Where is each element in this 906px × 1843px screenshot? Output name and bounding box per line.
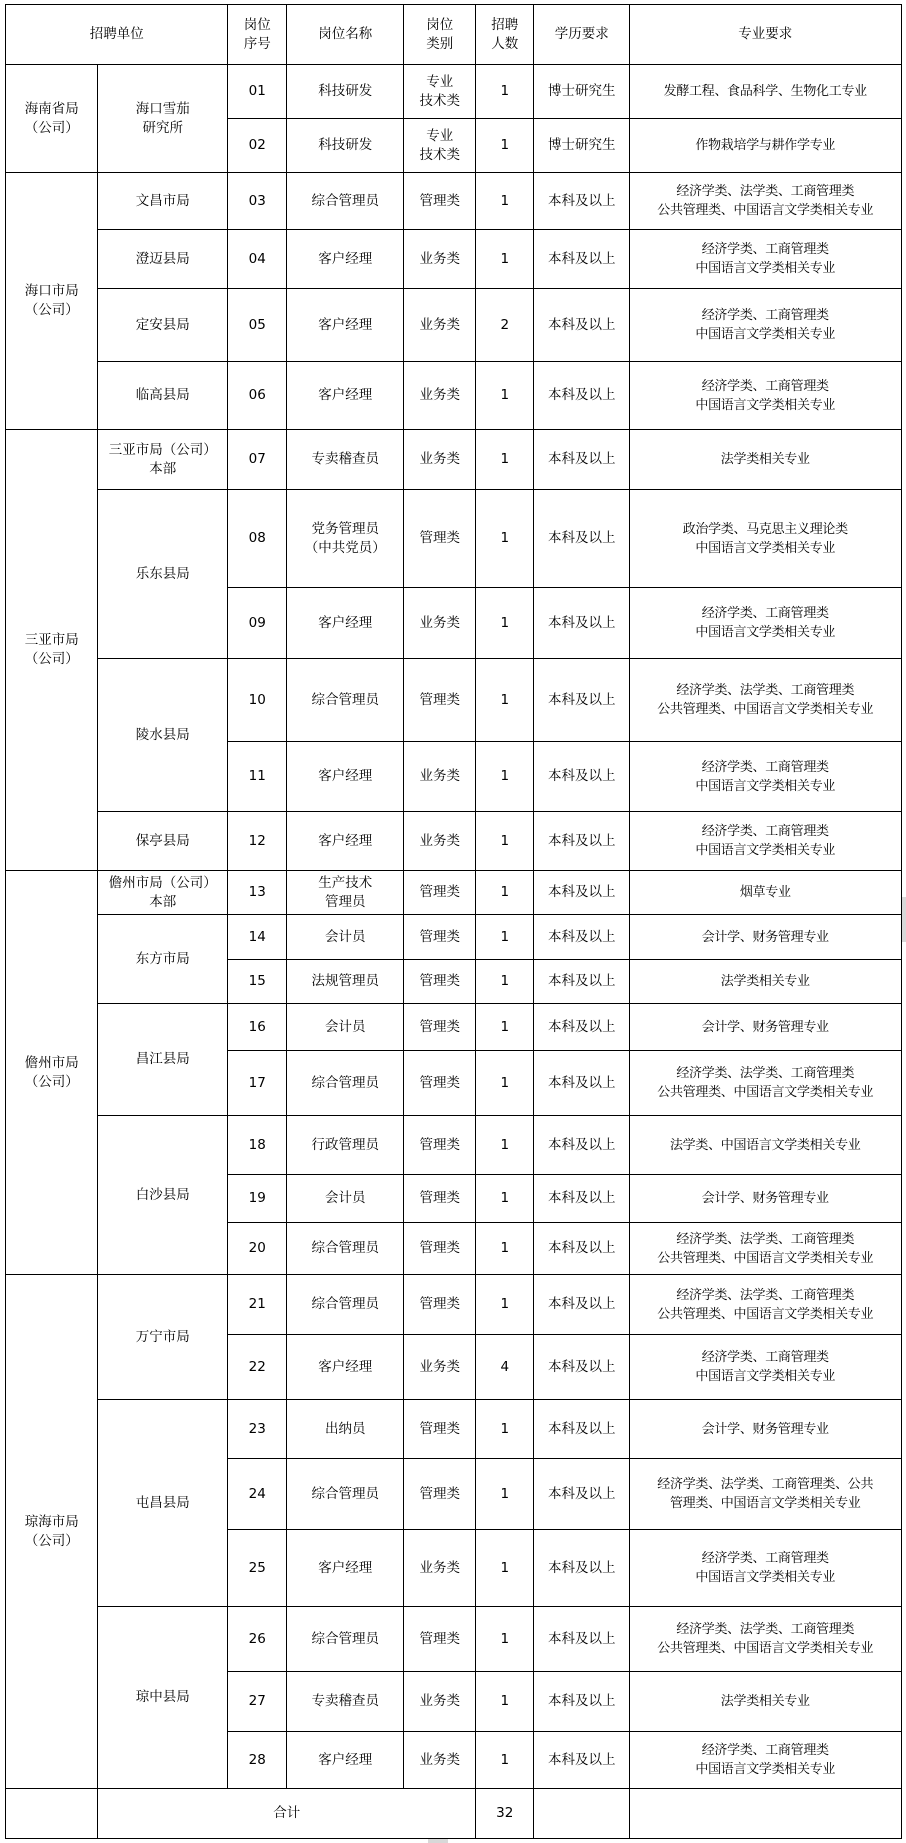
- education-requirement-text: 本科及以上: [548, 1295, 616, 1314]
- post-type: 管理类: [403, 658, 477, 743]
- education-requirement: 本科及以上: [533, 1174, 631, 1224]
- education-requirement-text: 本科及以上: [548, 1239, 616, 1258]
- post-type: 管理类: [403, 1174, 477, 1224]
- post-name: 出纳员: [286, 1399, 405, 1460]
- post-type-text: 业务类: [420, 316, 461, 335]
- post-name: 客户经理: [286, 1334, 405, 1401]
- unit-level1: 三亚市局 （公司）: [5, 429, 99, 872]
- post-count-text: 1: [500, 386, 509, 405]
- post-number-text: 18: [249, 1136, 266, 1155]
- post-type: 业务类: [403, 1731, 477, 1790]
- post-name-text: 生产技术 管理员: [318, 874, 372, 912]
- education-requirement-text: 本科及以上: [548, 883, 616, 902]
- post-count: 1: [475, 1115, 535, 1176]
- post-number-text: 13: [249, 883, 266, 902]
- unit-level2: 海口雪茄 研究所: [97, 64, 229, 174]
- education-requirement: 本科及以上: [533, 658, 631, 743]
- post-name-text: 会计员: [325, 1018, 366, 1037]
- post-type-text: 管理类: [420, 1295, 461, 1314]
- post-type-text: 管理类: [420, 1630, 461, 1649]
- unit-level2-text: 临高县局: [136, 386, 190, 405]
- post-number: 19: [227, 1174, 288, 1224]
- post-type-text: 管理类: [420, 883, 461, 902]
- header-post-no-text: 岗位 序号: [244, 16, 271, 54]
- major-requirement-text: 法学类相关专业: [721, 450, 810, 469]
- post-name: 专卖稽查员: [286, 429, 405, 491]
- education-requirement-text: 本科及以上: [548, 1074, 616, 1093]
- unit-level2-text: 陵水县局: [136, 726, 190, 745]
- major-requirement-text: 经济学类、法学类、工商管理类 公共管理类、中国语言文学类相关专业: [657, 1286, 873, 1324]
- education-requirement-text: 本科及以上: [548, 972, 616, 991]
- header-major-text: 专业要求: [738, 25, 792, 44]
- education-requirement: 本科及以上: [533, 172, 631, 231]
- education-requirement: 本科及以上: [533, 1399, 631, 1460]
- post-name-text: 综合管理员: [312, 1239, 380, 1258]
- education-requirement: 博士研究生: [533, 64, 631, 120]
- post-type: 管理类: [403, 1274, 477, 1336]
- post-count-text: 1: [500, 450, 509, 469]
- post-number-text: 17: [249, 1074, 266, 1093]
- major-requirement: 经济学类、工商管理类 中国语言文学类相关专业: [629, 1334, 902, 1401]
- unit-level1: 琼海市局 （公司）: [5, 1274, 99, 1790]
- post-count-text: 2: [500, 316, 509, 335]
- post-type-text: 管理类: [420, 529, 461, 548]
- post-name-text: 科技研发: [318, 82, 372, 101]
- unit-level2: 琼中县局: [97, 1606, 229, 1790]
- major-requirement: 经济学类、工商管理类 中国语言文学类相关专业: [629, 229, 902, 290]
- post-type: 业务类: [403, 1334, 477, 1401]
- education-requirement: 本科及以上: [533, 1529, 631, 1608]
- major-requirement: 经济学类、法学类、工商管理类 公共管理类、中国语言文学类相关专业: [629, 1222, 902, 1276]
- post-number: 22: [227, 1334, 288, 1401]
- post-type-text: 业务类: [420, 832, 461, 851]
- post-number-text: 10: [249, 691, 266, 710]
- post-type-text: 业务类: [420, 1692, 461, 1711]
- major-requirement-text: 经济学类、工商管理类 中国语言文学类相关专业: [695, 1741, 835, 1779]
- post-count: 1: [475, 658, 535, 743]
- major-requirement: 法学类相关专业: [629, 429, 902, 491]
- post-name: 会计员: [286, 1174, 405, 1224]
- post-count: 1: [475, 870, 535, 916]
- post-count: 1: [475, 1050, 535, 1117]
- unit-level2: 临高县局: [97, 361, 229, 431]
- edge-artifact: [902, 897, 906, 942]
- post-type: 业务类: [403, 811, 477, 872]
- total-empty-cell: [629, 1788, 902, 1839]
- unit-level2-text: 三亚市局（公司） 本部: [109, 441, 217, 479]
- post-count-text: 1: [500, 1751, 509, 1770]
- post-name: 综合管理员: [286, 1050, 405, 1117]
- post-name-text: 会计员: [325, 928, 366, 947]
- major-requirement: 经济学类、法学类、工商管理类 公共管理类、中国语言文学类相关专业: [629, 1606, 902, 1673]
- post-number-text: 01: [249, 82, 266, 101]
- post-name: 专卖稽查员: [286, 1671, 405, 1733]
- unit-level1-text: 海口市局 （公司）: [25, 282, 79, 320]
- education-requirement-text: 博士研究生: [548, 136, 616, 155]
- total-empty-cell: [5, 1788, 99, 1839]
- unit-level2: 屯昌县局: [97, 1399, 229, 1608]
- post-name: 综合管理员: [286, 1458, 405, 1531]
- post-type: 管理类: [403, 489, 477, 589]
- education-requirement: 本科及以上: [533, 1334, 631, 1401]
- post-count-text: 1: [500, 1485, 509, 1504]
- post-type-text: 业务类: [420, 767, 461, 786]
- post-type-text: 管理类: [420, 1136, 461, 1155]
- education-requirement: 本科及以上: [533, 811, 631, 872]
- major-requirement-text: 经济学类、工商管理类 中国语言文学类相关专业: [695, 604, 835, 642]
- major-requirement-text: 经济学类、法学类、工商管理类 公共管理类、中国语言文学类相关专业: [657, 1620, 873, 1658]
- post-count: 1: [475, 1399, 535, 1460]
- post-count: 1: [475, 429, 535, 491]
- education-requirement-text: 本科及以上: [548, 250, 616, 269]
- unit-level2-text: 儋州市局（公司） 本部: [109, 874, 217, 912]
- major-requirement-text: 会计学、财务管理专业: [702, 928, 829, 947]
- post-name: 综合管理员: [286, 658, 405, 743]
- post-number: 01: [227, 64, 288, 120]
- unit-level1-text: 琼海市局 （公司）: [25, 1513, 79, 1551]
- post-type: 管理类: [403, 1458, 477, 1531]
- education-requirement: 本科及以上: [533, 489, 631, 589]
- post-count-text: 1: [500, 928, 509, 947]
- major-requirement-text: 经济学类、工商管理类 中国语言文学类相关专业: [695, 377, 835, 415]
- post-name: 综合管理员: [286, 1274, 405, 1336]
- major-requirement: 会计学、财务管理专业: [629, 1399, 902, 1460]
- post-name: 客户经理: [286, 811, 405, 872]
- major-requirement: 政治学类、马克思主义理论类 中国语言文学类相关专业: [629, 489, 902, 589]
- post-count: 1: [475, 1606, 535, 1673]
- unit-level1: 海南省局 （公司）: [5, 64, 99, 174]
- post-count: 1: [475, 64, 535, 120]
- post-name: 行政管理员: [286, 1115, 405, 1176]
- unit-level2-text: 昌江县局: [136, 1050, 190, 1069]
- major-requirement-text: 经济学类、法学类、工商管理类 公共管理类、中国语言文学类相关专业: [657, 182, 873, 220]
- education-requirement: 本科及以上: [533, 741, 631, 813]
- post-name: 党务管理员 （中共党员）: [286, 489, 405, 589]
- post-type: 业务类: [403, 288, 477, 363]
- post-count-text: 1: [500, 832, 509, 851]
- post-name-text: 客户经理: [318, 1358, 372, 1377]
- post-type: 管理类: [403, 959, 477, 1005]
- header-post-no: 岗位 序号: [227, 4, 288, 66]
- edge-artifact: [428, 1839, 448, 1843]
- post-number-text: 19: [249, 1189, 266, 1208]
- post-type-text: 管理类: [420, 1074, 461, 1093]
- unit-level2: 儋州市局（公司） 本部: [97, 870, 229, 916]
- post-name: 科技研发: [286, 118, 405, 174]
- major-requirement: 经济学类、工商管理类 中国语言文学类相关专业: [629, 1529, 902, 1608]
- education-requirement: 本科及以上: [533, 361, 631, 431]
- education-requirement-text: 本科及以上: [548, 767, 616, 786]
- education-requirement-text: 博士研究生: [548, 82, 616, 101]
- post-type: 专业 技术类: [403, 64, 477, 120]
- post-name-text: 客户经理: [318, 1559, 372, 1578]
- education-requirement-text: 本科及以上: [548, 192, 616, 211]
- education-requirement: 本科及以上: [533, 959, 631, 1005]
- education-requirement-text: 本科及以上: [548, 1559, 616, 1578]
- post-number-text: 08: [249, 529, 266, 548]
- unit-level1-text: 儋州市局 （公司）: [25, 1054, 79, 1092]
- post-name-text: 综合管理员: [312, 1485, 380, 1504]
- header-unit-text: 招聘单位: [90, 25, 144, 44]
- post-count: 1: [475, 1671, 535, 1733]
- post-count: 1: [475, 1174, 535, 1224]
- major-requirement: 经济学类、法学类、工商管理类 公共管理类、中国语言文学类相关专业: [629, 1274, 902, 1336]
- major-requirement: 经济学类、工商管理类 中国语言文学类相关专业: [629, 741, 902, 813]
- post-type-text: 管理类: [420, 928, 461, 947]
- major-requirement: 会计学、财务管理专业: [629, 914, 902, 961]
- unit-level2-text: 保亭县局: [136, 832, 190, 851]
- post-type-text: 专业 技术类: [420, 127, 461, 165]
- post-type: 管理类: [403, 1222, 477, 1276]
- recruitment-table: 招聘单位岗位 序号岗位名称岗位 类别招聘 人数学历要求专业要求海南省局 （公司）…: [0, 0, 906, 1843]
- unit-level1: 儋州市局 （公司）: [5, 870, 99, 1276]
- education-requirement-text: 本科及以上: [548, 614, 616, 633]
- post-count-text: 1: [500, 1189, 509, 1208]
- major-requirement: 经济学类、法学类、工商管理类 公共管理类、中国语言文学类相关专业: [629, 1050, 902, 1117]
- post-number: 07: [227, 429, 288, 491]
- education-requirement: 本科及以上: [533, 587, 631, 660]
- post-count-text: 1: [500, 1074, 509, 1093]
- post-number: 09: [227, 587, 288, 660]
- major-requirement-text: 经济学类、工商管理类 中国语言文学类相关专业: [695, 822, 835, 860]
- header-major: 专业要求: [629, 4, 902, 66]
- post-name: 科技研发: [286, 64, 405, 120]
- unit-level2-text: 澄迈县局: [136, 250, 190, 269]
- major-requirement-text: 经济学类、法学类、工商管理类 公共管理类、中国语言文学类相关专业: [657, 1064, 873, 1102]
- major-requirement-text: 政治学类、马克思主义理论类 中国语言文学类相关专业: [683, 520, 848, 558]
- major-requirement: 烟草专业: [629, 870, 902, 916]
- education-requirement: 本科及以上: [533, 1606, 631, 1673]
- post-name-text: 综合管理员: [312, 1074, 380, 1093]
- post-type-text: 业务类: [420, 1559, 461, 1578]
- education-requirement: 本科及以上: [533, 288, 631, 363]
- post-name-text: 综合管理员: [312, 1630, 380, 1649]
- post-number-text: 24: [249, 1485, 266, 1504]
- post-number: 27: [227, 1671, 288, 1733]
- post-number-text: 27: [249, 1692, 266, 1711]
- post-count-text: 4: [500, 1358, 509, 1377]
- total-label-text: 合计: [273, 1804, 300, 1823]
- post-name: 会计员: [286, 1003, 405, 1052]
- post-number: 17: [227, 1050, 288, 1117]
- post-type-text: 专业 技术类: [420, 73, 461, 111]
- major-requirement-text: 会计学、财务管理专业: [702, 1018, 829, 1037]
- post-count-text: 1: [500, 1136, 509, 1155]
- post-name-text: 综合管理员: [312, 691, 380, 710]
- education-requirement-text: 本科及以上: [548, 1420, 616, 1439]
- post-number: 02: [227, 118, 288, 174]
- major-requirement: 法学类相关专业: [629, 1671, 902, 1733]
- major-requirement-text: 经济学类、工商管理类 中国语言文学类相关专业: [695, 1549, 835, 1587]
- post-count: 1: [475, 1529, 535, 1608]
- post-number: 10: [227, 658, 288, 743]
- post-type-text: 管理类: [420, 1485, 461, 1504]
- post-name-text: 客户经理: [318, 386, 372, 405]
- post-name: 客户经理: [286, 229, 405, 290]
- post-count-text: 1: [500, 767, 509, 786]
- post-type-text: 管理类: [420, 691, 461, 710]
- major-requirement: 作物栽培学与耕作学专业: [629, 118, 902, 174]
- unit-level2: 保亭县局: [97, 811, 229, 872]
- major-requirement: 经济学类、法学类、工商管理类 公共管理类、中国语言文学类相关专业: [629, 658, 902, 743]
- major-requirement: 经济学类、法学类、工商管理类、公共 管理类、中国语言文学类相关专业: [629, 1458, 902, 1531]
- post-name-text: 客户经理: [318, 1751, 372, 1770]
- unit-level2-text: 白沙县局: [136, 1186, 190, 1205]
- post-type: 管理类: [403, 1606, 477, 1673]
- education-requirement-text: 本科及以上: [548, 529, 616, 548]
- post-count-text: 1: [500, 529, 509, 548]
- education-requirement-text: 本科及以上: [548, 1751, 616, 1770]
- post-type: 业务类: [403, 587, 477, 660]
- post-count-text: 1: [500, 136, 509, 155]
- post-number: 08: [227, 489, 288, 589]
- post-number: 15: [227, 959, 288, 1005]
- education-requirement-text: 本科及以上: [548, 1136, 616, 1155]
- post-number: 06: [227, 361, 288, 431]
- post-name: 综合管理员: [286, 1606, 405, 1673]
- major-requirement-text: 经济学类、工商管理类 中国语言文学类相关专业: [695, 1348, 835, 1386]
- post-number: 14: [227, 914, 288, 961]
- post-number: 18: [227, 1115, 288, 1176]
- post-name: 生产技术 管理员: [286, 870, 405, 916]
- post-number-text: 02: [249, 136, 266, 155]
- education-requirement-text: 本科及以上: [548, 691, 616, 710]
- unit-level2-text: 屯昌县局: [136, 1494, 190, 1513]
- post-count-text: 1: [500, 1559, 509, 1578]
- major-requirement: 发酵工程、食品科学、生物化工专业: [629, 64, 902, 120]
- post-type: 管理类: [403, 1050, 477, 1117]
- total-count-text: 32: [496, 1804, 513, 1823]
- post-number-text: 05: [249, 316, 266, 335]
- post-number: 25: [227, 1529, 288, 1608]
- post-name-text: 党务管理员 （中共党员）: [305, 520, 386, 558]
- post-number: 24: [227, 1458, 288, 1531]
- post-type-text: 业务类: [420, 386, 461, 405]
- post-name-text: 行政管理员: [312, 1136, 380, 1155]
- post-count: 1: [475, 1222, 535, 1276]
- major-requirement: 经济学类、工商管理类 中国语言文学类相关专业: [629, 811, 902, 872]
- post-type: 业务类: [403, 1529, 477, 1608]
- post-type-text: 业务类: [420, 1751, 461, 1770]
- post-count: 1: [475, 118, 535, 174]
- unit-level1-text: 海南省局 （公司）: [25, 100, 79, 138]
- education-requirement: 本科及以上: [533, 1671, 631, 1733]
- post-type-text: 管理类: [420, 1420, 461, 1439]
- post-name-text: 出纳员: [325, 1420, 366, 1439]
- header-post-name: 岗位名称: [286, 4, 405, 66]
- education-requirement-text: 本科及以上: [548, 386, 616, 405]
- major-requirement-text: 发酵工程、食品科学、生物化工专业: [664, 82, 867, 101]
- post-type: 业务类: [403, 429, 477, 491]
- post-number: 05: [227, 288, 288, 363]
- post-type: 业务类: [403, 229, 477, 290]
- post-count-text: 1: [500, 691, 509, 710]
- post-count: 1: [475, 914, 535, 961]
- post-name: 客户经理: [286, 1529, 405, 1608]
- major-requirement-text: 会计学、财务管理专业: [702, 1189, 829, 1208]
- unit-level2: 文昌市局: [97, 172, 229, 231]
- unit-level2-text: 乐东县局: [136, 565, 190, 584]
- post-name-text: 综合管理员: [312, 1295, 380, 1314]
- education-requirement: 本科及以上: [533, 1050, 631, 1117]
- unit-level2: 定安县局: [97, 288, 229, 363]
- post-number-text: 14: [249, 928, 266, 947]
- education-requirement-text: 本科及以上: [548, 1018, 616, 1037]
- post-type: 管理类: [403, 914, 477, 961]
- post-name-text: 客户经理: [318, 832, 372, 851]
- major-requirement-text: 经济学类、法学类、工商管理类、公共 管理类、中国语言文学类相关专业: [657, 1475, 873, 1513]
- major-requirement-text: 作物栽培学与耕作学专业: [695, 136, 835, 155]
- unit-level2: 澄迈县局: [97, 229, 229, 290]
- major-requirement: 经济学类、法学类、工商管理类 公共管理类、中国语言文学类相关专业: [629, 172, 902, 231]
- education-requirement: 本科及以上: [533, 1003, 631, 1052]
- major-requirement-text: 经济学类、法学类、工商管理类 公共管理类、中国语言文学类相关专业: [657, 1230, 873, 1268]
- education-requirement: 本科及以上: [533, 1458, 631, 1531]
- post-count-text: 1: [500, 972, 509, 991]
- post-number: 20: [227, 1222, 288, 1276]
- header-education-text: 学历要求: [555, 25, 609, 44]
- post-number: 03: [227, 172, 288, 231]
- post-name-text: 客户经理: [318, 316, 372, 335]
- unit-level2-text: 琼中县局: [136, 1688, 190, 1707]
- header-education: 学历要求: [533, 4, 631, 66]
- post-name: 客户经理: [286, 361, 405, 431]
- post-count: 1: [475, 229, 535, 290]
- post-number-text: 16: [249, 1018, 266, 1037]
- post-count: 1: [475, 489, 535, 589]
- unit-level2-text: 海口雪茄 研究所: [136, 100, 190, 138]
- major-requirement-text: 法学类相关专业: [721, 972, 810, 991]
- post-number-text: 28: [249, 1751, 266, 1770]
- post-count-text: 1: [500, 1420, 509, 1439]
- total-empty-cell: [533, 1788, 631, 1839]
- unit-level2-text: 文昌市局: [136, 192, 190, 211]
- post-count-text: 1: [500, 1295, 509, 1314]
- education-requirement: 本科及以上: [533, 1274, 631, 1336]
- unit-level2-text: 东方市局: [136, 950, 190, 969]
- post-count-text: 1: [500, 1239, 509, 1258]
- unit-level2-text: 万宁市局: [136, 1328, 190, 1347]
- post-name: 客户经理: [286, 587, 405, 660]
- post-type: 管理类: [403, 1399, 477, 1460]
- header-unit: 招聘单位: [5, 4, 229, 66]
- post-count: 1: [475, 172, 535, 231]
- education-requirement: 本科及以上: [533, 914, 631, 961]
- post-count: 1: [475, 1274, 535, 1336]
- post-number-text: 07: [249, 450, 266, 469]
- post-number-text: 09: [249, 614, 266, 633]
- post-count: 2: [475, 288, 535, 363]
- post-type: 管理类: [403, 1003, 477, 1052]
- post-number: 16: [227, 1003, 288, 1052]
- post-number-text: 04: [249, 250, 266, 269]
- post-count: 1: [475, 811, 535, 872]
- post-count-text: 1: [500, 1018, 509, 1037]
- post-type: 管理类: [403, 172, 477, 231]
- header-count: 招聘 人数: [475, 4, 535, 66]
- post-number: 21: [227, 1274, 288, 1336]
- post-type-text: 业务类: [420, 614, 461, 633]
- total-count: 32: [475, 1788, 535, 1839]
- post-count: 1: [475, 1731, 535, 1790]
- education-requirement-text: 本科及以上: [548, 928, 616, 947]
- post-name-text: 客户经理: [318, 767, 372, 786]
- post-name-text: 综合管理员: [312, 192, 380, 211]
- education-requirement-text: 本科及以上: [548, 1485, 616, 1504]
- post-count-text: 1: [500, 1692, 509, 1711]
- unit-level1-text: 三亚市局 （公司）: [25, 631, 79, 669]
- post-count: 1: [475, 1003, 535, 1052]
